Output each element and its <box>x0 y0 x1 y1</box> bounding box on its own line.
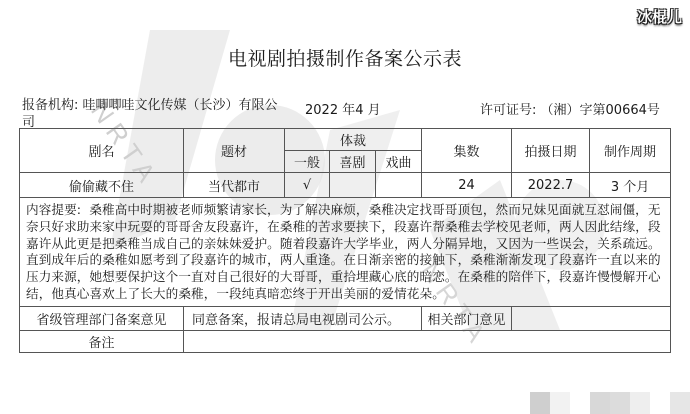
table-row: 偷偷藏不住 当代都市 √ 24 2022.7 3 个月 <box>20 173 671 198</box>
cell-genre-general: √ <box>285 173 330 198</box>
cell-subject: 当代都市 <box>184 173 285 198</box>
header-shoot-date: 拍摄日期 <box>512 129 590 173</box>
filing-table: 剧名 题材 体裁 集数 拍摄日期 制作周期 一般 喜剧 戏曲 偷偷藏不住 当代都… <box>19 128 671 353</box>
header-genre-comedy: 喜剧 <box>330 151 376 173</box>
related-opinion-label: 相关部门意见 <box>422 306 512 330</box>
license-label: 许可证号: <box>480 103 536 118</box>
header-subject: 题材 <box>184 129 285 173</box>
pixelated-corner <box>530 392 690 414</box>
cell-shoot-date: 2022.7 <box>512 173 590 198</box>
cell-title: 偷偷藏不住 <box>20 173 184 198</box>
filing-date: 2022 年4 月 <box>305 99 381 118</box>
summary-label: 内容提要: <box>26 202 81 217</box>
provincial-opinion-value: 同意备案，报请总局电视剧司公示。 <box>184 306 422 330</box>
header-production-period: 制作周期 <box>590 129 671 173</box>
cell-production-period: 3 个月 <box>590 173 671 198</box>
header-genre-opera: 戏曲 <box>376 151 422 173</box>
related-opinion-value <box>512 306 671 330</box>
license-value: （湘）字第00664号 <box>541 103 660 118</box>
summary-cell: 内容提要: 桑稚高中时期被老师频繁请家长，为了解决麻烦，桑稚决定找哥哥顶包，然而… <box>20 198 671 307</box>
cell-genre-comedy <box>330 173 376 198</box>
header-genre-general: 一般 <box>285 151 330 173</box>
summary-text: 桑稚高中时期被老师频繁请家长，为了解决麻烦，桑稚决定找哥哥顶包，然而兄妹见面就互… <box>26 202 661 301</box>
remarks-label: 备注 <box>20 330 184 352</box>
header-genre: 体裁 <box>285 129 422 151</box>
cell-episodes: 24 <box>422 173 512 198</box>
org-label: 报备机构: <box>22 98 78 113</box>
license-number: 许可证号: （湘）字第00664号 <box>480 99 660 118</box>
remarks-value <box>184 330 671 352</box>
cell-genre-opera <box>376 173 422 198</box>
page-title: 电视剧拍摄制作备案公示表 <box>0 44 690 71</box>
provincial-opinion-label: 省级管理部门备案意见 <box>20 306 184 330</box>
header-title: 剧名 <box>20 129 184 173</box>
reporting-organization: 报备机构: 哇唧唧哇文化传媒（长沙）有限公司 <box>22 97 282 131</box>
header-episodes: 集数 <box>422 129 512 173</box>
corner-watermark: 冰棍儿 <box>637 6 682 27</box>
